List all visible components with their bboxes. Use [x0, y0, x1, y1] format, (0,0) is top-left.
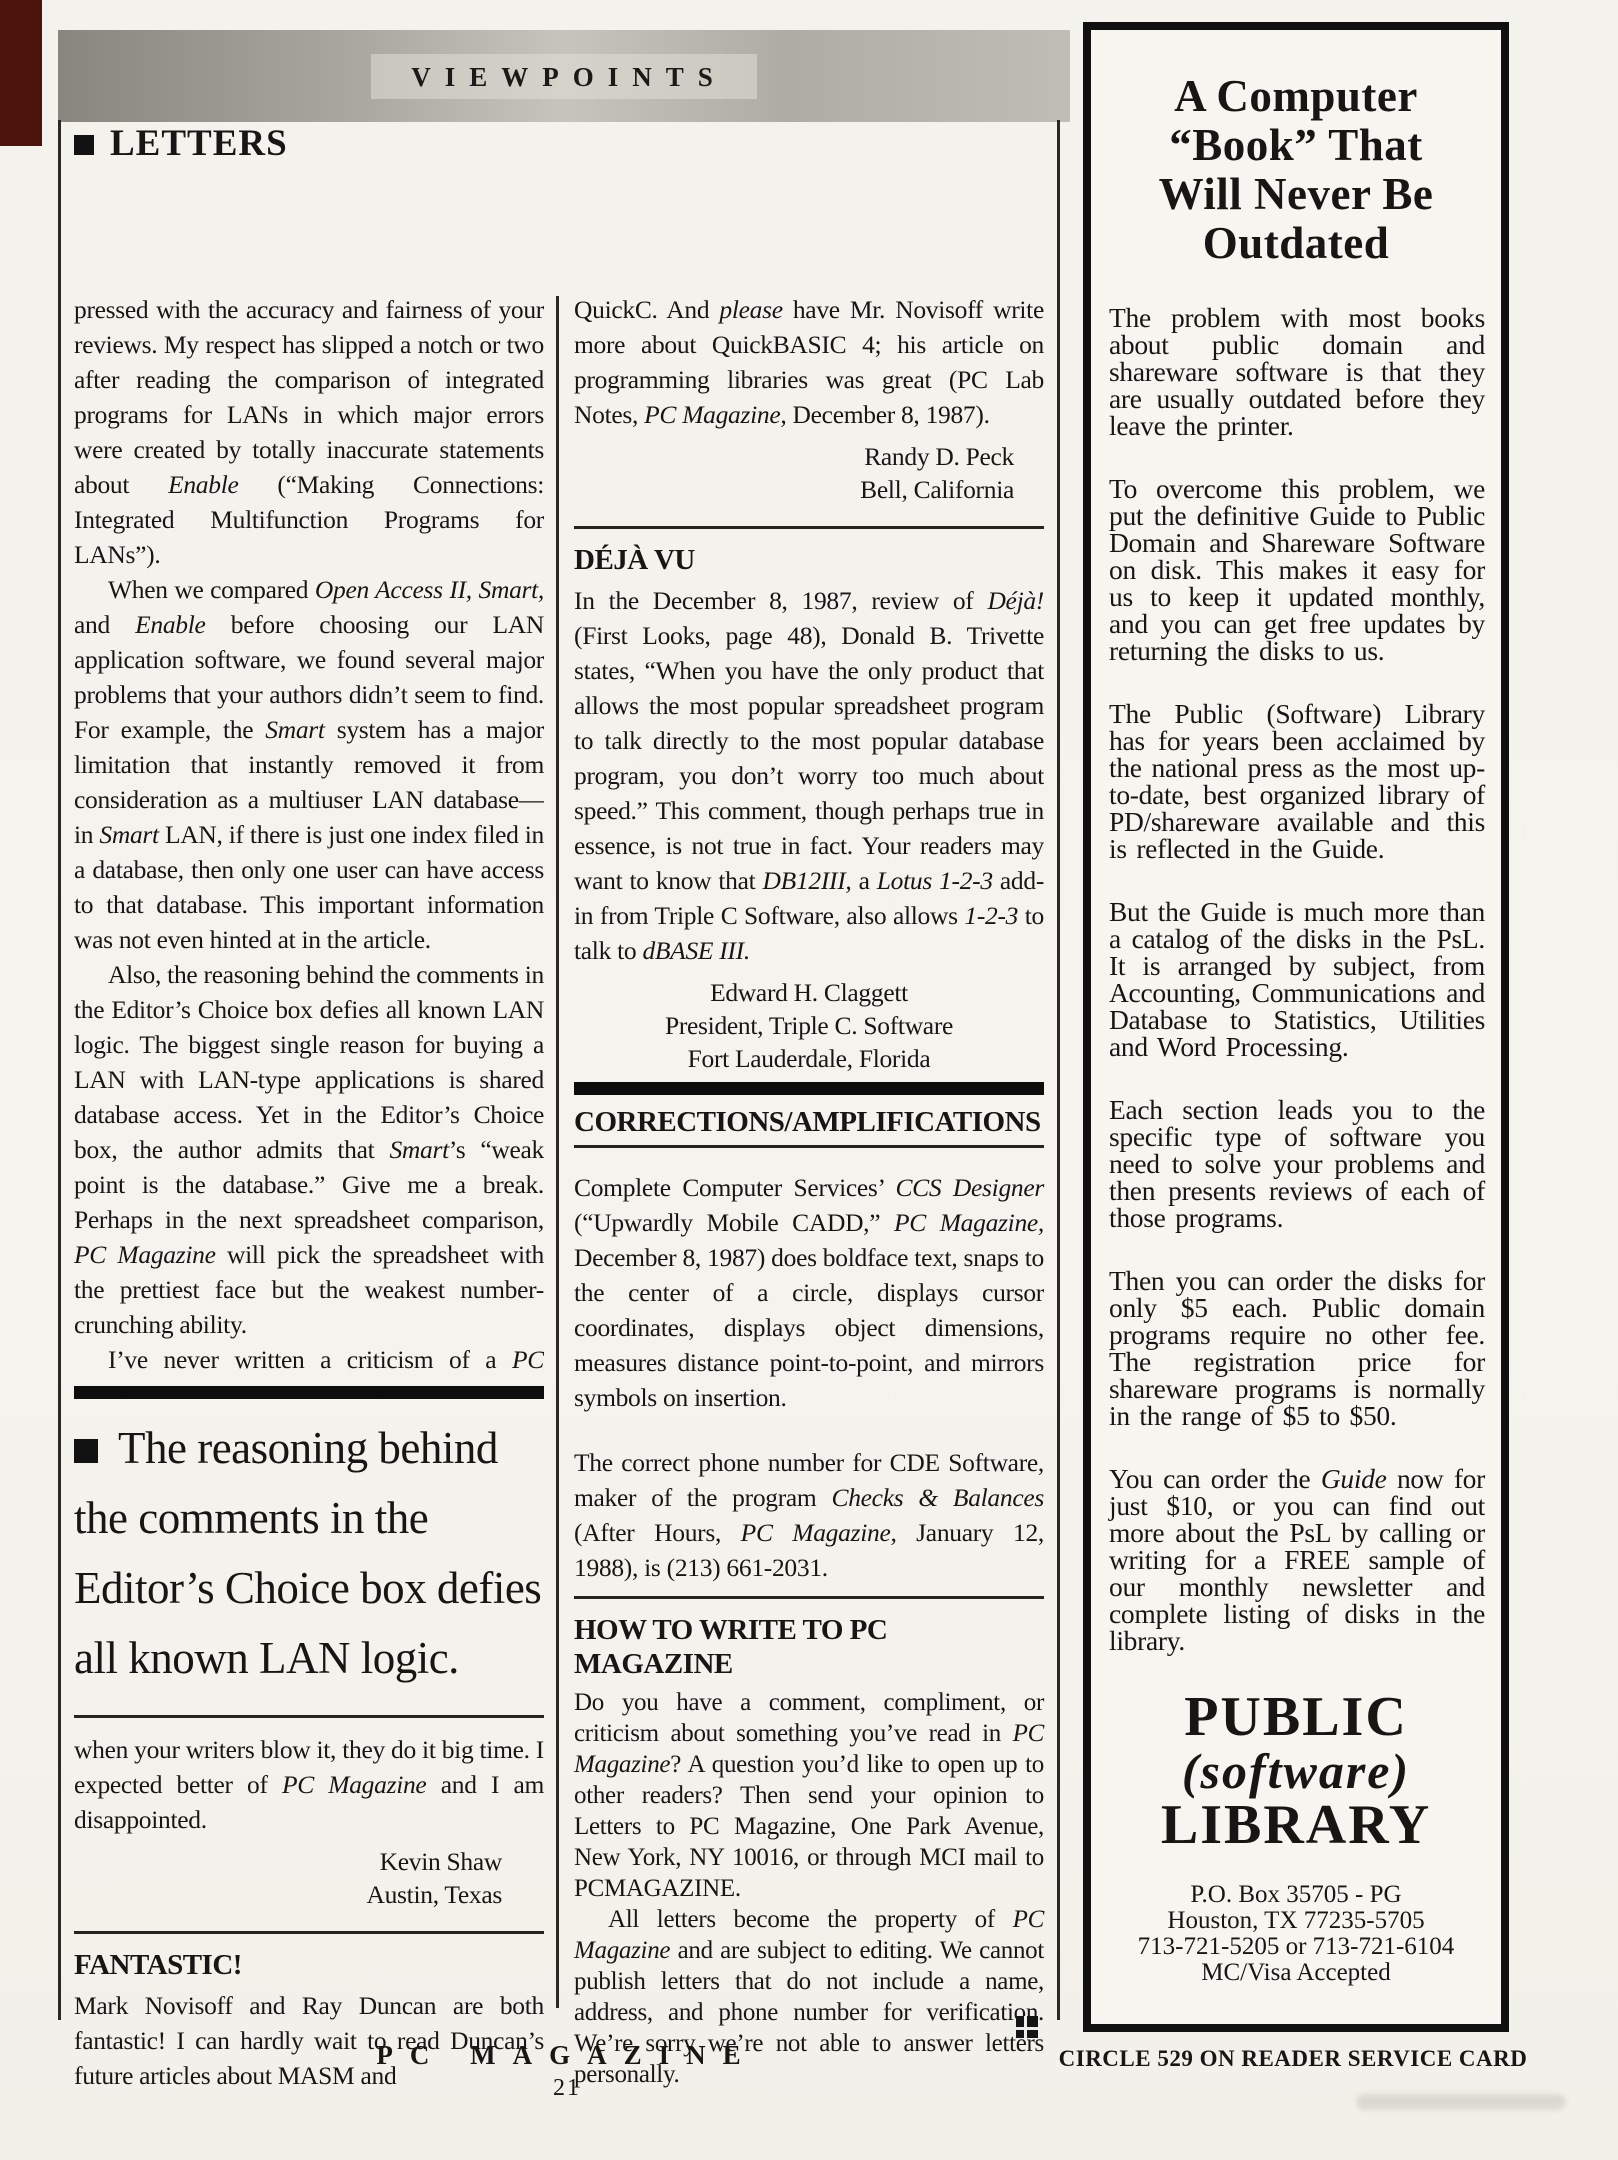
ad-paragraph: Then you can order the disks for only $5… — [1109, 1267, 1485, 1429]
correction-paragraph: The correct phone number for CDE Softwar… — [574, 1445, 1044, 1585]
letter-paragraph: In the December 8, 1987, review of Déjà!… — [574, 583, 1044, 968]
viewpoints-banner: VIEWPOINTS — [58, 30, 1070, 122]
letter-paragraph: I’ve never written a criticism of a PC M… — [74, 1342, 544, 1384]
how-to-write-block: HOW TO WRITE TO PC MAGAZINE Do you have … — [574, 1596, 1044, 2090]
psl-logo-line: PUBLIC — [1091, 1690, 1501, 1744]
letter-paragraph: QuickC. And please have Mr. Novisoff wri… — [574, 292, 1044, 432]
letter-column-1-upper: pressed with the accuracy and fairness o… — [74, 292, 544, 1384]
letters-heading-label: LETTERS — [110, 123, 288, 164]
ad-paragraph: But the Guide is much more than a catalo… — [1109, 898, 1485, 1060]
psl-logo-line: LIBRARY — [1091, 1798, 1501, 1852]
psl-logo: PUBLIC (software) LIBRARY — [1091, 1690, 1501, 1852]
left-column-rule — [58, 120, 61, 2020]
pull-quote-top-bar — [74, 1386, 544, 1399]
ad-address: P.O. Box 35705 - PG Houston, TX 77235-57… — [1091, 1882, 1501, 1986]
reader-service-card-note: CIRCLE 529 ON READER SERVICE CARD — [1053, 2046, 1533, 2072]
section-divider-rule — [74, 1931, 544, 1934]
letter-heading-fantastic: FANTASTIC! — [74, 1948, 544, 1982]
scan-corner-mark — [0, 0, 42, 146]
square-bullet-icon — [74, 135, 94, 155]
banner-title: VIEWPOINTS — [371, 54, 757, 99]
letters-section-heading: LETTERS — [74, 122, 288, 165]
letter-column-1-lower: The reasoning behind the comments in the… — [74, 1386, 544, 2093]
corrections-block: CORRECTIONS/AMPLIFICATIONS Complete Comp… — [574, 1082, 1044, 1585]
correction-paragraph: Complete Computer Services’ CCS Designer… — [574, 1170, 1044, 1415]
letter-paragraph: Also, the reasoning behind the comments … — [74, 957, 544, 1342]
letter-paragraph: When we compared Open Access II, Smart, … — [74, 572, 544, 957]
section-divider-rule — [574, 526, 1044, 529]
square-bullet-icon — [74, 1439, 98, 1463]
end-of-letter-icon — [1016, 2016, 1038, 2038]
letter-signature: Randy D. Peck Bell, California — [574, 440, 1044, 506]
right-column-rule — [1057, 120, 1060, 2020]
corrections-heading-rule — [574, 1145, 1044, 1148]
ad-paragraph: The Public (Software) Library has for ye… — [1109, 700, 1485, 862]
corrections-top-bar — [574, 1082, 1044, 1095]
footer-magazine-name: PC MAGAZINE — [74, 2040, 1060, 2071]
ad-body: The problem with most books about public… — [1109, 304, 1485, 1654]
psl-logo-line: (software) — [1091, 1744, 1501, 1798]
letter-paragraph: pressed with the accuracy and fairness o… — [74, 292, 544, 572]
magazine-page: VIEWPOINTS LETTERS pressed with the accu… — [0, 0, 1618, 2160]
ad-paragraph: To overcome this problem, we put the def… — [1109, 475, 1485, 664]
pull-quote: The reasoning behind the comments in the… — [74, 1413, 544, 1693]
letter-signature: Edward H. Claggett President, Triple C. … — [574, 976, 1044, 1075]
pull-quote-bottom-rule — [74, 1715, 544, 1718]
psl-advertisement: A Computer “Book” That Will Never Be Out… — [1083, 22, 1509, 2032]
letter-signature: Kevin Shaw Austin, Texas — [74, 1845, 544, 1911]
ad-paragraph: The problem with most books about public… — [1109, 304, 1485, 439]
ad-paragraph: Each section leads you to the specific t… — [1109, 1096, 1485, 1231]
pull-quote-text: The reasoning behind the comments in the… — [74, 1423, 541, 1683]
section-divider-rule — [574, 1596, 1044, 1599]
ad-title: A Computer “Book” That Will Never Be Out… — [1097, 72, 1495, 268]
footer-page-number: 21 — [74, 2075, 1060, 2102]
letter-heading-dejavu: DÉJÀ VU — [574, 543, 1044, 577]
page-footer: PC MAGAZINE 21 — [74, 2040, 1060, 2102]
letter-column-2-upper: QuickC. And please have Mr. Novisoff wri… — [574, 292, 1044, 1080]
ad-paragraph: You can order the Guide now for just $10… — [1109, 1465, 1485, 1654]
middle-column-rule — [556, 296, 559, 2008]
how-to-write-paragraph: Do you have a comment, compliment, or cr… — [574, 1687, 1044, 1904]
how-to-write-heading: HOW TO WRITE TO PC MAGAZINE — [574, 1613, 1044, 1681]
corrections-heading: CORRECTIONS/AMPLIFICATIONS — [574, 1105, 1044, 1139]
letter-paragraph: when your writers blow it, they do it bi… — [74, 1732, 544, 1837]
scan-smudge — [1356, 2094, 1566, 2110]
